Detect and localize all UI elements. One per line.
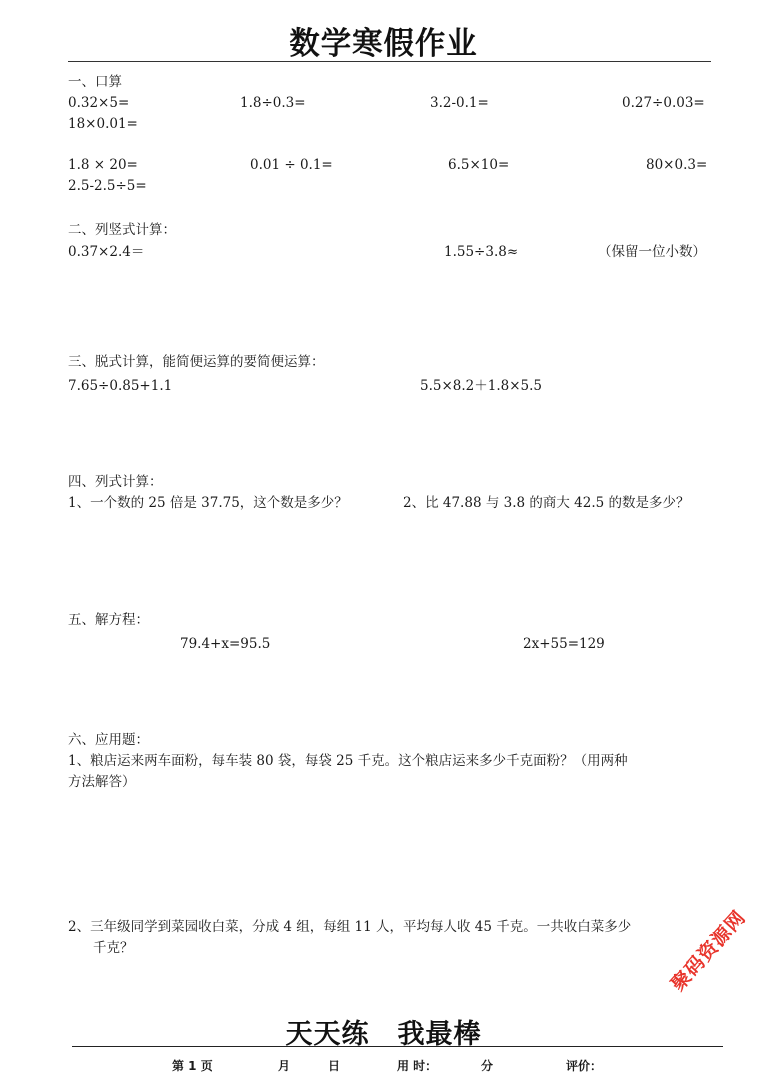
s1-item: 1.8 × 20= (68, 156, 138, 174)
s2-item: 1.55÷3.8≈ (444, 243, 518, 261)
s6-question-2: 2、三年级同学到菜园收白菜，分成 4 组，每组 11 人，平均每人收 45 千克… (68, 918, 631, 936)
s3-item: 5.5×8.2＋1.8×5.5 (420, 377, 542, 395)
minutes-label: 分 (481, 1057, 493, 1074)
s1-item: 6.5×10= (448, 156, 509, 174)
s1-item: 80×0.3= (646, 156, 707, 174)
s6-question-2-cont: 千克？ (93, 939, 134, 957)
section-6-heading: 六、应用题： (68, 731, 149, 749)
s1-item: 3.2-0.1= (430, 94, 489, 112)
section-2-heading: 二、列竖式计算： (68, 221, 176, 239)
s3-item: 7.65÷0.85+1.1 (68, 377, 172, 395)
watermark-stamp: 聚码资源网 (664, 904, 751, 996)
s1-item: 0.01 ÷ 0.1= (250, 156, 333, 174)
s5-item: 2x+55=129 (523, 635, 605, 653)
footer-divider (72, 1046, 723, 1047)
section-3-heading: 三、脱式计算，能简便运算的要简便运算： (68, 353, 325, 371)
document-title: 数学寒假作业 (8, 18, 760, 63)
section-1-heading: 一、口算 (68, 73, 122, 91)
s6-question-1-cont: 方法解答） (68, 773, 136, 791)
rating-label: 评价： (566, 1057, 602, 1074)
title-divider (68, 61, 711, 62)
s1-item: 1.8÷0.3= (240, 94, 306, 112)
s5-item: 79.4+x=95.5 (180, 635, 270, 653)
s1-item: 0.27÷0.03= (622, 94, 705, 112)
day-label: 日 (328, 1057, 340, 1074)
section-4-heading: 四、列式计算： (68, 473, 163, 491)
s1-item: 2.5-2.5÷5= (68, 177, 147, 195)
time-label: 用 时： (397, 1057, 437, 1074)
page-number: 第 1 页 (172, 1057, 213, 1074)
s4-item: 2、比 47.88 与 3.8 的商大 42.5 的数是多少？ (403, 494, 690, 512)
s6-question-1: 1、粮店运来两车面粉，每车装 80 袋，每袋 25 千克。这个粮店运来多少千克面… (68, 752, 628, 770)
s1-item: 18×0.01= (68, 115, 138, 133)
s4-item: 1、一个数的 25 倍是 37.75，这个数是多少？ (68, 494, 348, 512)
section-5-heading: 五、解方程： (68, 611, 149, 629)
s1-item: 0.32×5= (68, 94, 129, 112)
month-label: 月 (278, 1057, 290, 1074)
s2-item: 0.37×2.4＝ (68, 243, 144, 261)
s2-note: （保留一位小数） (598, 243, 706, 261)
